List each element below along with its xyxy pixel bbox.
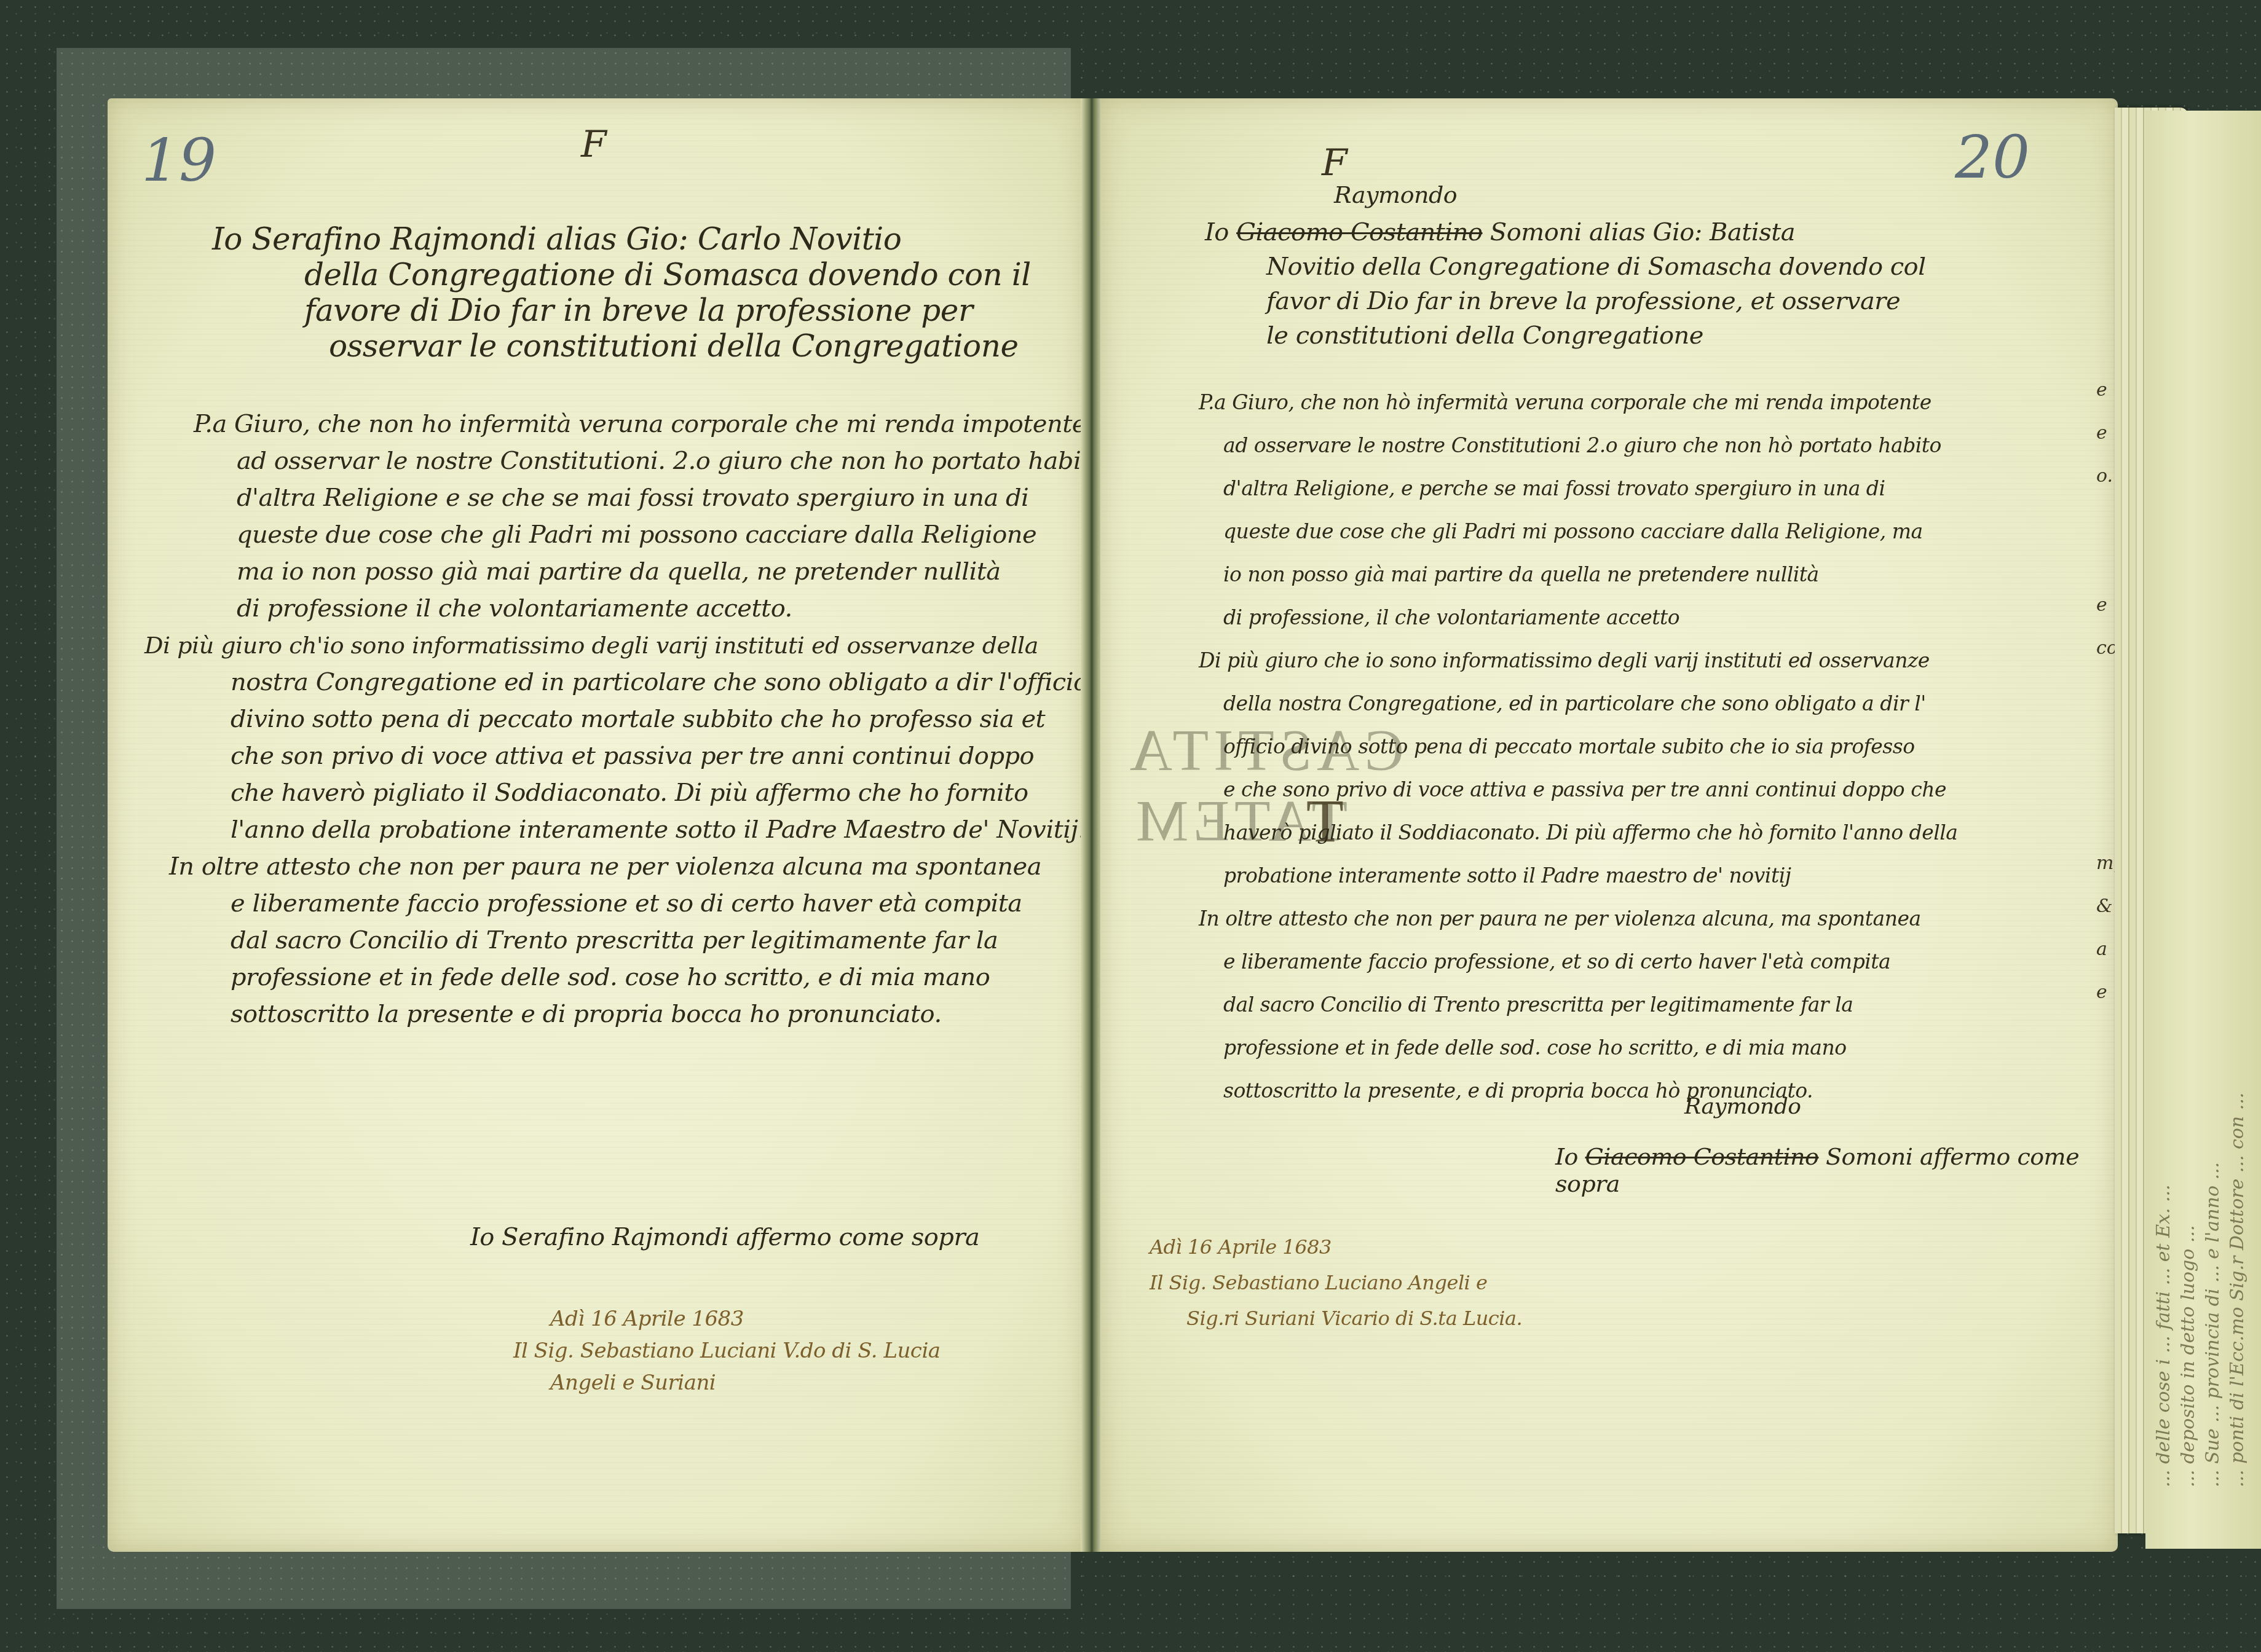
signature-left: Io Serafino Rajmondi affermo come sopra xyxy=(470,1223,979,1251)
right-page: 20 F CASTITA TATEM T Raymondo Io Giacomo… xyxy=(1100,98,2118,1552)
struck-name: Giacomo Costantino xyxy=(1236,218,1482,246)
body-line: d'altra Religione, e perche se mai fossi… xyxy=(1199,467,2109,510)
body-line: Di più giuro che io sono informatissimo … xyxy=(1199,639,2109,682)
oath-header-left: Io Serafino Rajmondi alias Gio: Carlo No… xyxy=(212,221,1031,364)
folio-number-right: 20 xyxy=(1955,123,2030,192)
body-line: Di più giuro ch'io sono informatissimo d… xyxy=(144,627,1067,664)
body-line: della nostra Congregatione, ed in partic… xyxy=(1199,682,2109,725)
body-line: queste due cose che gli Padri mi possono… xyxy=(1199,510,2109,553)
body-line: sottoscritto la presente, e di propria b… xyxy=(1199,1069,2109,1112)
body-line: e liberamente faccio professione et so d… xyxy=(194,885,1067,922)
oath-body-left: P.a Giuro, che non ho infermità veruna c… xyxy=(194,406,1067,1032)
body-line: professione et in fede delle sod. cose h… xyxy=(1199,1026,2109,1069)
body-line: P.a Giuro, che non hò infermità veruna c… xyxy=(1199,381,2109,424)
signature-right: Io Giacomo Costantino Somoni affermo com… xyxy=(1555,1143,2118,1197)
body-line: professione et in fede delle sod. cose h… xyxy=(194,959,1067,996)
body-line: ma io non posso già mai partire da quell… xyxy=(194,553,1067,590)
body-line: P.a Giuro, che non ho infermità veruna c… xyxy=(194,406,1067,442)
witness-line: Il Sig. Sebastiano Luciano Angeli e xyxy=(1150,1265,1522,1300)
name-correction: Raymondo xyxy=(1334,181,1457,208)
witness-block-right: Adì 16 Aprile 1683 Il Sig. Sebastiano Lu… xyxy=(1150,1229,1522,1336)
folded-sheet-line: ... deposito in detto luogo ... xyxy=(2176,135,2201,1487)
body-line: dal sacro Concilio di Trento prescritta … xyxy=(1199,983,2109,1026)
body-line: haverò pigliato il Soddiaconato. Di più … xyxy=(1199,811,2109,854)
header-line: della Congregatione di Somasca dovendo c… xyxy=(212,257,1031,293)
body-line: probatione interamente sotto il Padre ma… xyxy=(1199,854,2109,897)
top-mark-right: F xyxy=(1322,141,1348,184)
header-line: le constitutioni della Congregatione xyxy=(1205,318,1926,353)
body-line: d'altra Religione e se che se mai fossi … xyxy=(194,479,1067,516)
book-gutter xyxy=(1081,98,1103,1552)
folded-sheet-line: ... Sue ... provincia di ... e l'anno ..… xyxy=(2201,135,2225,1487)
body-line: io non posso già mai partire da quella n… xyxy=(1199,553,2109,596)
body-line: ad osservare le nostre Constitutioni 2.o… xyxy=(1199,424,2109,467)
body-line: e che sono privo di voce attiva e passiv… xyxy=(1199,768,2109,811)
body-line: che son privo di voce attiva et passiva … xyxy=(194,737,1067,774)
folded-sheet-line: ... ponti di l'Ecc.mo Sig.r Dottore ... … xyxy=(2225,135,2250,1487)
body-line: In oltre attesto che non per paura ne pe… xyxy=(1199,897,2109,940)
oath-body-right: P.a Giuro, che non hò infermità veruna c… xyxy=(1199,381,2109,1112)
header-line: favor di Dio far in breve la professione… xyxy=(1205,284,1926,318)
left-page: 19 F Io Serafino Rajmondi alias Gio: Car… xyxy=(108,98,1085,1552)
body-line: dal sacro Concilio di Trento prescritta … xyxy=(194,922,1067,959)
body-line: divino sotto pena di peccato mortale sub… xyxy=(194,701,1067,737)
witness-line: Sig.ri Suriani Vicario di S.ta Lucia. xyxy=(1150,1300,1522,1336)
oath-header-right: Io Giacomo Costantino Somoni alias Gio: … xyxy=(1205,215,1926,353)
body-line: di professione il che volontariamente ac… xyxy=(194,590,1067,627)
signature-correction: Raymondo xyxy=(1684,1094,1801,1119)
body-line: In oltre attesto che non per paura ne pe… xyxy=(169,848,1067,885)
header-line: Novitio della Congregatione di Somascha … xyxy=(1205,250,1926,284)
folded-insert-sheet: ... ponti di l'Ecc.mo Sig.r Dottore ... … xyxy=(2145,111,2261,1549)
witness-date: Adì 16 Aprile 1683 xyxy=(1150,1229,1522,1265)
body-line: nostra Congregatione ed in particolare c… xyxy=(194,664,1067,701)
witness-block-left: Adì 16 Aprile 1683 Il Sig. Sebastiano Lu… xyxy=(513,1303,941,1399)
body-line: l'anno della probatione interamente sott… xyxy=(194,811,1067,848)
body-line: queste due cose che gli Padri mi possono… xyxy=(194,516,1067,553)
folded-sheet-line: ... delle cose i ... fatti ... et Ex. ..… xyxy=(2152,135,2176,1487)
header-line: Io Giacomo Costantino Somoni alias Gio: … xyxy=(1205,215,1926,250)
folded-sheet-text: ... ponti di l'Ecc.mo Sig.r Dottore ... … xyxy=(2152,135,2250,1487)
witness-line: Angeli e Suriani xyxy=(513,1367,941,1399)
witness-line: Il Sig. Sebastiano Luciani V.do di S. Lu… xyxy=(513,1335,941,1367)
body-line: ad osservar le nostre Constitutioni. 2.o… xyxy=(194,442,1067,479)
body-line: e liberamente faccio professione, et so … xyxy=(1199,940,2109,983)
folio-number-left: 19 xyxy=(141,126,216,195)
body-line: sottoscritto la presente e di propria bo… xyxy=(194,996,1067,1032)
body-line: che haverò pigliato il Soddiaconato. Di … xyxy=(194,774,1067,811)
body-line: di professione, il che volontariamente a… xyxy=(1199,596,2109,639)
header-line: osservar le constitutioni della Congrega… xyxy=(212,328,1031,364)
body-line: officio divino sotto pena di peccato mor… xyxy=(1199,725,2109,768)
struck-name: Giacomo Costantino xyxy=(1585,1143,1818,1170)
top-mark-left: F xyxy=(581,123,607,166)
header-line: Io Serafino Rajmondi alias Gio: Carlo No… xyxy=(212,221,1031,257)
header-line-text: Io Giacomo Costantino Somoni alias Gio: … xyxy=(1205,218,1795,246)
header-line: favore di Dio far in breve la profession… xyxy=(212,293,1031,328)
witness-date: Adì 16 Aprile 1683 xyxy=(513,1303,941,1335)
